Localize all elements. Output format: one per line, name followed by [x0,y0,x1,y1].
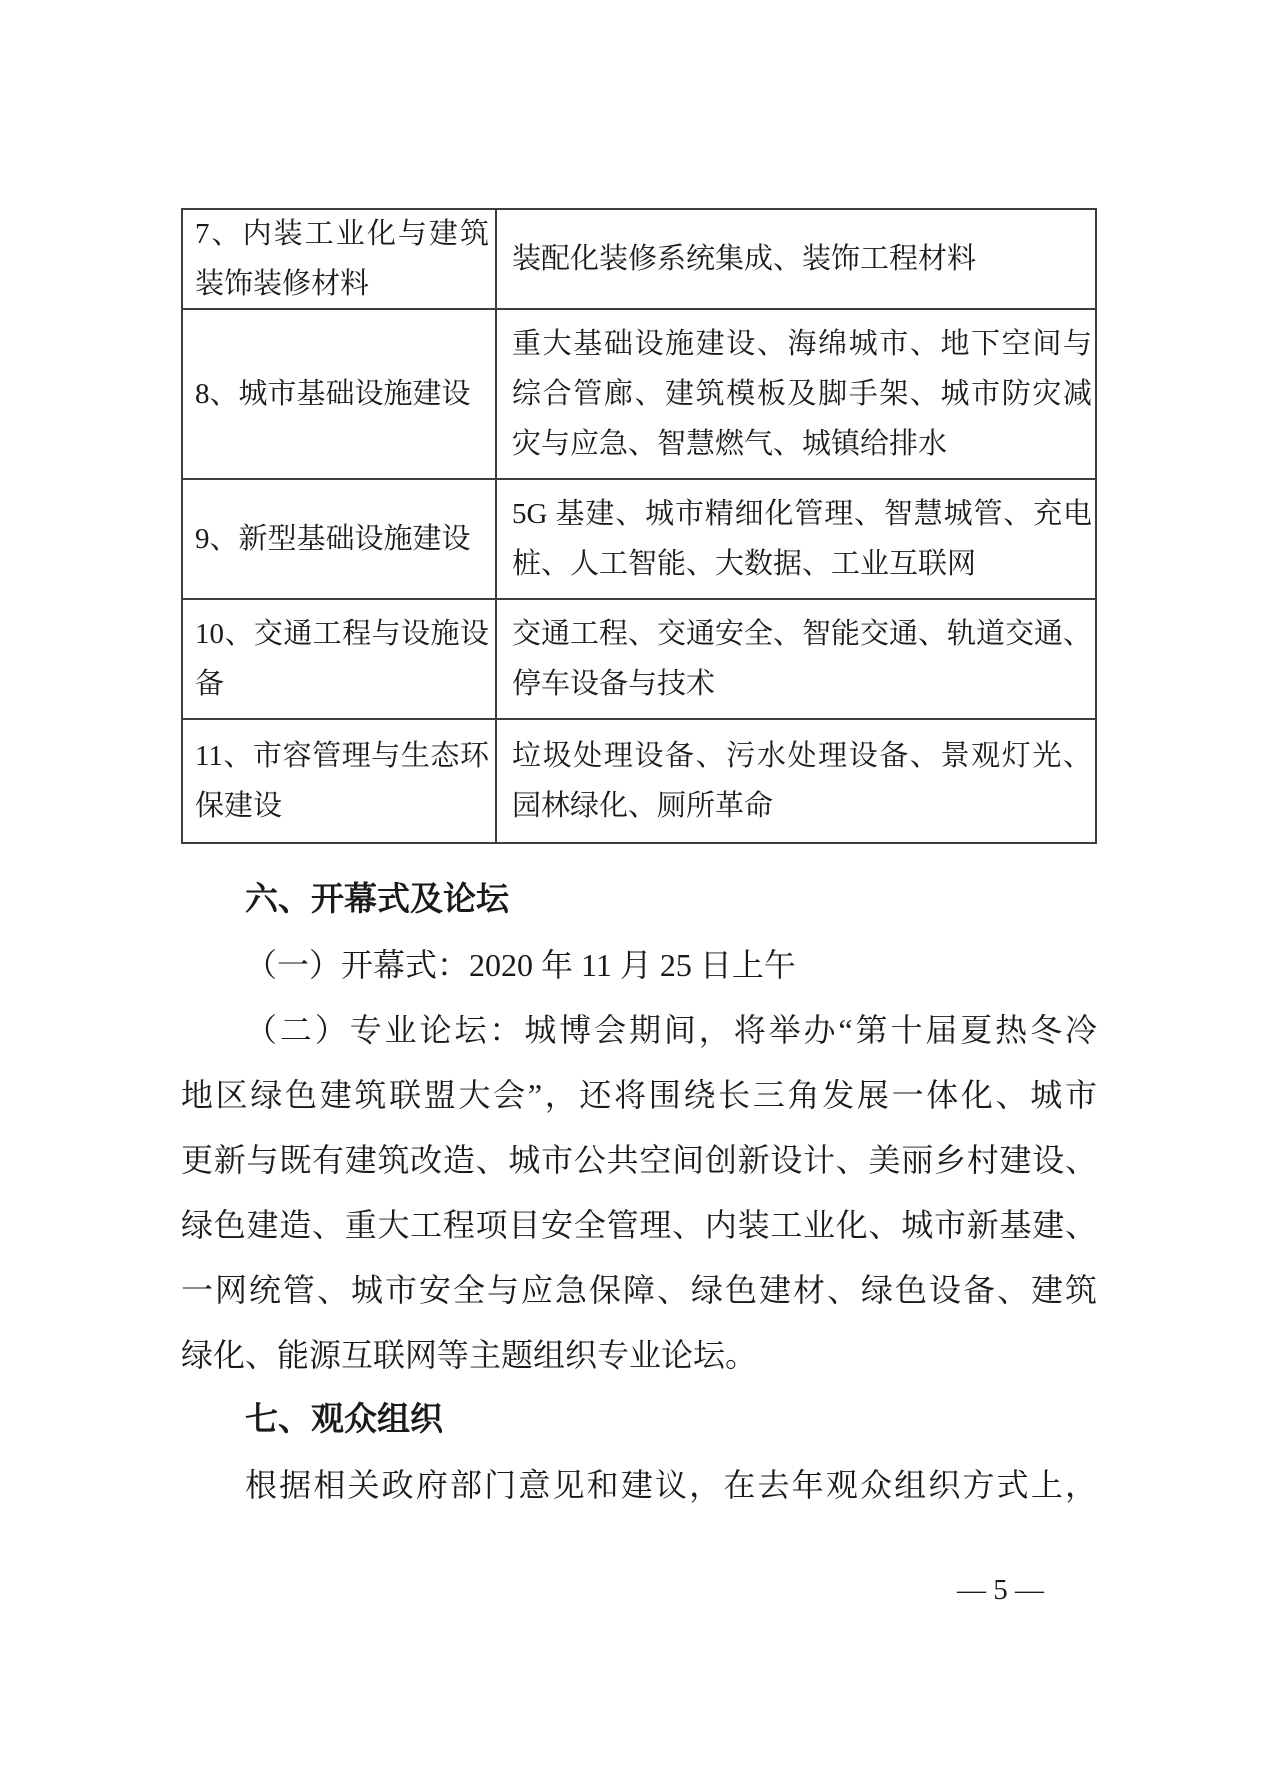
items-text-line: 5G 基建、城市精细化管理、智慧城管、充电 [512,489,1092,539]
items-cell: 5G 基建、城市精细化管理、智慧城管、充电 桩、人工智能、大数据、工业互联网 [497,480,1095,600]
paragraph-line: 地区绿色建筑联盟大会”，还将围绕长三角发展一体化、城市 [181,1063,1097,1128]
category-text-line: 装饰装修材料 [195,259,489,309]
items-cell: 重大基础设施建设、海绵城市、地下空间与 综合管廊、建筑模板及脚手架、城市防灾减 … [497,310,1095,480]
category-text-line: 保建设 [195,781,489,831]
body-sections: 六、开幕式及论坛 （一）开幕式：2020 年 11 月 25 日上午 （二）专业… [181,868,1097,1518]
category-cell: 10、交通工程与设施设 备 [183,600,497,720]
category-cell: 9、新型基础设施建设 [183,480,497,600]
items-text-line: 交通工程、交通安全、智能交通、轨道交通、 [512,609,1092,659]
items-text-line: 装配化装修系统集成、装饰工程材料 [512,234,1092,284]
items-text-line: 垃圾处理设备、污水处理设备、景观灯光、 [512,731,1092,781]
paragraph-line: 绿化、能源互联网等主题组织专业论坛。 [181,1323,1097,1388]
section-heading-audience: 七、观众组织 [181,1388,1097,1453]
category-text-line: 备 [195,659,489,709]
items-text-line: 综合管廊、建筑模板及脚手架、城市防灾减 [512,369,1092,419]
category-text-line: 10、交通工程与设施设 [195,609,489,659]
items-cell: 垃圾处理设备、污水处理设备、景观灯光、 园林绿化、厕所革命 [497,720,1095,842]
category-text-line: 7、内装工业化与建筑 [195,209,489,259]
paragraph-line: 根据相关政府部门意见和建议，在去年观众组织方式上， [181,1453,1097,1518]
items-text-line: 园林绿化、厕所革命 [512,781,1092,831]
document-page: 7、内装工业化与建筑 装饰装修材料 装配化装修系统集成、装饰工程材料 8、城市基… [0,0,1267,1792]
page-content: 7、内装工业化与建筑 装饰装修材料 装配化装修系统集成、装饰工程材料 8、城市基… [181,208,1097,1518]
section-heading-opening-forum: 六、开幕式及论坛 [181,868,1097,933]
paragraph-line: 更新与既有建筑改造、城市公共空间创新设计、美丽乡村建设、 [181,1128,1097,1193]
paragraph-line: （一）开幕式：2020 年 11 月 25 日上午 [181,933,1097,998]
items-text-line: 灾与应急、智慧燃气、城镇给排水 [512,419,1092,469]
category-text-line: 11、市容管理与生态环 [195,731,489,781]
items-cell: 交通工程、交通安全、智能交通、轨道交通、 停车设备与技术 [497,600,1095,720]
items-text-line: 桩、人工智能、大数据、工业互联网 [512,539,1092,589]
category-text-line: 9、新型基础设施建设 [195,514,489,564]
category-cell: 7、内装工业化与建筑 装饰装修材料 [183,210,497,310]
items-text-line: 重大基础设施建设、海绵城市、地下空间与 [512,319,1092,369]
paragraph-line: （二）专业论坛：城博会期间，将举办“第十届夏热冬冷 [181,998,1097,1063]
category-cell: 8、城市基础设施建设 [183,310,497,480]
items-cell: 装配化装修系统集成、装饰工程材料 [497,210,1095,310]
paragraph-line: 一网统管、城市安全与应急保障、绿色建材、绿色设备、建筑 [181,1258,1097,1323]
category-text-line: 8、城市基础设施建设 [195,369,489,419]
page-number: — 5 — [957,1572,1044,1608]
category-cell: 11、市容管理与生态环 保建设 [183,720,497,842]
exhibition-categories-table: 7、内装工业化与建筑 装饰装修材料 装配化装修系统集成、装饰工程材料 8、城市基… [181,208,1097,844]
paragraph-line: 绿色建造、重大工程项目安全管理、内装工业化、城市新基建、 [181,1193,1097,1258]
items-text-line: 停车设备与技术 [512,659,1092,709]
